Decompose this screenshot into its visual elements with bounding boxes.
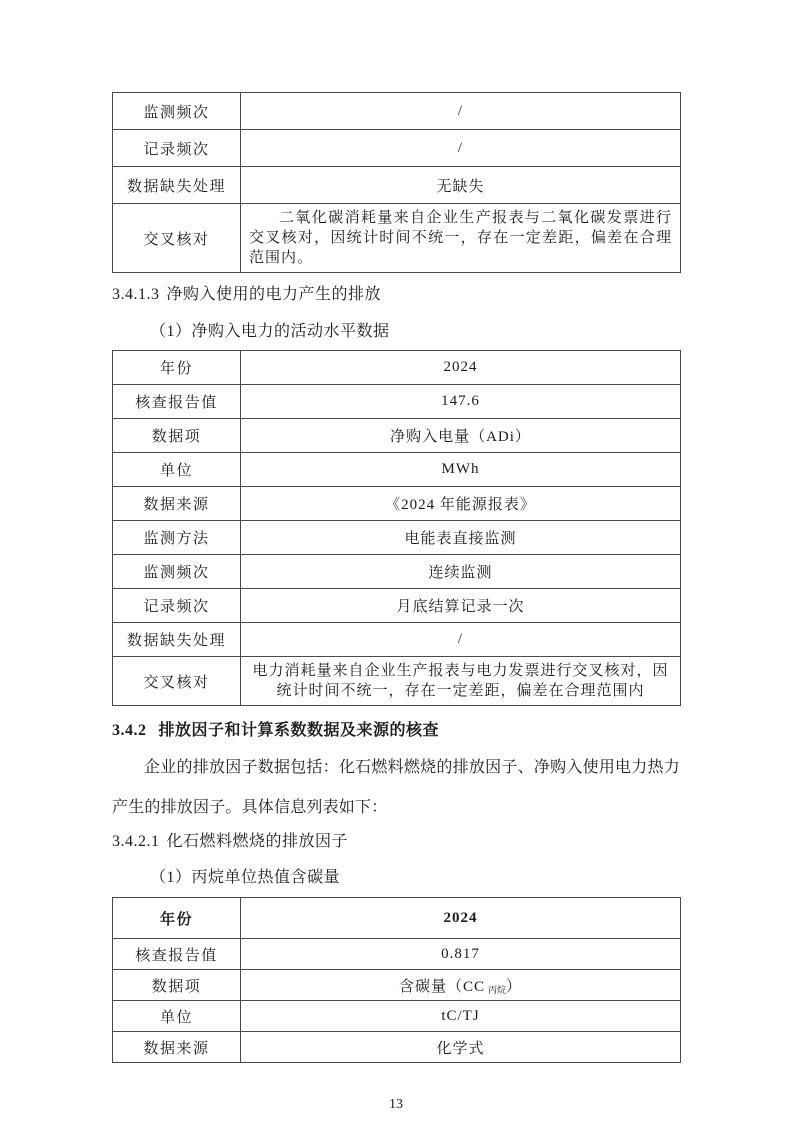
row-label-cell: 数据缺失处理: [113, 167, 241, 204]
row-value-cell: 《2024 年能源报表》: [241, 487, 681, 521]
table-row: 核查报告值 0.817: [113, 939, 681, 970]
row-value-cell: 含碳量（CC丙烷）: [241, 970, 681, 1001]
row-label-cell: 数据项: [113, 970, 241, 1001]
row-value-cell: 147.6: [241, 385, 681, 419]
row-label-cell: 年份: [113, 351, 241, 385]
row-label-cell: 年份: [113, 898, 241, 939]
row-value-cell: 电力消耗量来自企业生产报表与电力发票进行交叉核对，因统计时间不统一，存在一定差距…: [241, 657, 681, 706]
table-row: 单位 tC/TJ: [113, 1001, 681, 1032]
body-paragraph: 企业的排放因子数据包括：化石燃料燃烧的排放因子、净购入使用电力热力产生的排放因子…: [112, 748, 680, 828]
row-label-cell: 核查报告值: [113, 385, 241, 419]
row-value-cell: MWh: [241, 453, 681, 487]
value-tail: ）: [506, 979, 522, 995]
row-value-cell: 化学式: [241, 1032, 681, 1063]
section-number: 3.4.2.1: [112, 833, 160, 850]
table-row: 记录频次 /: [113, 130, 681, 167]
table-row: 数据来源 化学式: [113, 1032, 681, 1063]
row-label-cell: 交叉核对: [113, 657, 241, 706]
table-row: 年份 2024: [113, 351, 681, 385]
table-row: 数据项 含碳量（CC丙烷）: [113, 970, 681, 1001]
row-value-cell: /: [241, 623, 681, 657]
section-heading-3-4-2: 3.4.2排放因子和计算系数数据及来源的核查: [112, 720, 680, 742]
table-row: 核查报告值 147.6: [113, 385, 681, 419]
table-row: 数据项 净购入电量（ADi）: [113, 419, 681, 453]
propane-factor-table: 年份 2024 核查报告值 0.817 数据项 含碳量（CC丙烷） 单位 tC/…: [112, 897, 681, 1063]
document-page: 监测频次 / 记录频次 / 数据缺失处理 无缺失 交叉核对 二氧化碳消耗量来自企…: [0, 0, 794, 1123]
table-row: 监测频次 /: [113, 93, 681, 130]
row-label-cell: 记录频次: [113, 130, 241, 167]
section-number: 3.4.2: [112, 722, 147, 739]
row-label-cell: 数据来源: [113, 1032, 241, 1063]
row-value-cell: /: [241, 93, 681, 130]
row-value-cell: /: [241, 130, 681, 167]
table-header-row: 年份 2024: [113, 898, 681, 939]
table-row: 单位 MWh: [113, 453, 681, 487]
row-value-cell: 2024: [241, 351, 681, 385]
row-label-cell: 数据来源: [113, 487, 241, 521]
value-subscript: 丙烷: [488, 985, 506, 995]
row-label-cell: 监测频次: [113, 93, 241, 130]
row-label-cell: 监测频次: [113, 555, 241, 589]
electricity-activity-table: 年份 2024 核查报告值 147.6 数据项 净购入电量（ADi） 单位 MW…: [112, 350, 681, 706]
row-label-cell: 记录频次: [113, 589, 241, 623]
list-heading-activity-data: （1）净购入电力的活动水平数据: [112, 321, 680, 343]
row-label-cell: 数据项: [113, 419, 241, 453]
row-label-cell: 单位: [113, 453, 241, 487]
row-value-cell: 电能表直接监测: [241, 521, 681, 555]
row-value-cell: tC/TJ: [241, 1001, 681, 1032]
section-heading-3-4-1-3: 3.4.1.3净购入使用的电力产生的排放: [112, 284, 680, 306]
section-title: 净购入使用的电力产生的排放: [167, 286, 382, 303]
table-row: 数据来源 《2024 年能源报表》: [113, 487, 681, 521]
row-label-cell: 监测方法: [113, 521, 241, 555]
row-label-cell: 单位: [113, 1001, 241, 1032]
table-row: 交叉核对 电力消耗量来自企业生产报表与电力发票进行交叉核对，因统计时间不统一，存…: [113, 657, 681, 706]
monitoring-continuation-table: 监测频次 / 记录频次 / 数据缺失处理 无缺失 交叉核对 二氧化碳消耗量来自企…: [112, 92, 681, 273]
row-label-cell: 交叉核对: [113, 204, 241, 273]
row-label-cell: 数据缺失处理: [113, 623, 241, 657]
table-row: 监测频次 连续监测: [113, 555, 681, 589]
row-value-cell: 净购入电量（ADi）: [241, 419, 681, 453]
row-value-cell: 0.817: [241, 939, 681, 970]
list-heading-propane-carbon: （1）丙烷单位热值含碳量: [112, 867, 680, 889]
table-row: 交叉核对 二氧化碳消耗量来自企业生产报表与二氧化碳发票进行交叉核对，因统计时间不…: [113, 204, 681, 273]
row-value-cell: 连续监测: [241, 555, 681, 589]
section-heading-3-4-2-1: 3.4.2.1化石燃料燃烧的排放因子: [112, 831, 680, 853]
table-row: 数据缺失处理 无缺失: [113, 167, 681, 204]
row-value-cell: 无缺失: [241, 167, 681, 204]
section-title: 化石燃料燃烧的排放因子: [167, 833, 349, 850]
table-row: 数据缺失处理 /: [113, 623, 681, 657]
table-row: 记录频次 月底结算记录一次: [113, 589, 681, 623]
value-main: 含碳量（CC: [399, 979, 485, 995]
row-label-cell: 核查报告值: [113, 939, 241, 970]
row-value-cell: 月底结算记录一次: [241, 589, 681, 623]
table-row: 监测方法 电能表直接监测: [113, 521, 681, 555]
page-number: 13: [112, 1097, 680, 1113]
section-title: 排放因子和计算系数数据及来源的核查: [159, 722, 440, 739]
row-value-cell: 2024: [241, 898, 681, 939]
row-value-cell: 二氧化碳消耗量来自企业生产报表与二氧化碳发票进行交叉核对，因统计时间不统一，存在…: [241, 204, 681, 273]
section-number: 3.4.1.3: [112, 286, 160, 303]
